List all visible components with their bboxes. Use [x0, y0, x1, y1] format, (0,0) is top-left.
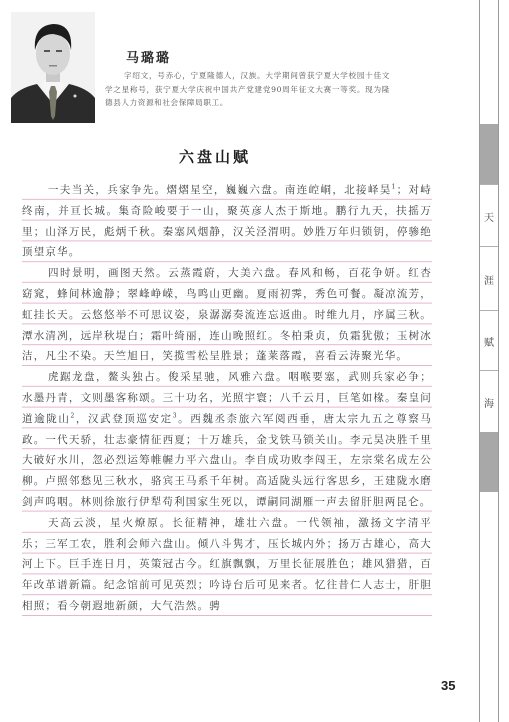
article-title: 六盘山赋: [0, 146, 430, 167]
index-tab-hai[interactable]: 海: [480, 370, 498, 433]
section-index-strip: 天 涯 赋 海: [479, 0, 499, 722]
author-bio: 字绍文，号赤心，宁夏隆德人，汉族。大学期间曾获宁夏大学校园十佳文学之星称号，获宁…: [105, 69, 390, 110]
index-tab-ya[interactable]: 涯: [480, 246, 498, 311]
index-tab-tian[interactable]: 天: [480, 184, 498, 247]
index-tab-fu[interactable]: 赋: [480, 310, 498, 371]
article-body: 一夫当关，兵家争先。熠熠星空，巍巍六盘。南连崆峒，北接峄昊1；对峙终南，并亘长城…: [22, 180, 432, 617]
paragraph-4: 天高云淡，星火燎原。长征精神，雄壮六盘。一代领袖，激扬文字清平乐；三军工农，胜利…: [22, 513, 432, 617]
paragraph-1-text-a: 一夫当关，兵家争先。熠熠星空，巍巍六盘。南连崆峒，北接峄昊: [48, 184, 392, 196]
paragraph-3: 虎踞龙盘，鳌头独占。俊采星驰，风雅六盘。咽喉要塞，武则兵家必争；水墨丹青，文则墨…: [22, 367, 432, 513]
author-photo: [11, 12, 95, 123]
paragraph-3-text-b: ，汉武登顶巡安定: [75, 413, 172, 425]
paragraph-2: 四时景明，画图天然。云蒸霞蔚，大美六盘。春风和畅，百花争妍。红杏窈窕，蜂间林逾静…: [22, 263, 432, 367]
portrait-image: [11, 12, 95, 123]
author-name: 马璐璐: [126, 47, 171, 66]
paragraph-3-text-c: 。西魏丞柰旅六军阅西垂，唐太宗九五之尊察马政。一代天骄，壮志豪情征西夏；十万雄兵…: [22, 413, 432, 508]
index-block-top: [480, 124, 498, 184]
paragraph-1: 一夫当关，兵家争先。熠熠星空，巍巍六盘。南连崆峒，北接峄昊1；对峙终南，并亘长城…: [22, 180, 432, 263]
index-block-bottom: [480, 432, 498, 492]
page-number: 35: [441, 678, 455, 693]
